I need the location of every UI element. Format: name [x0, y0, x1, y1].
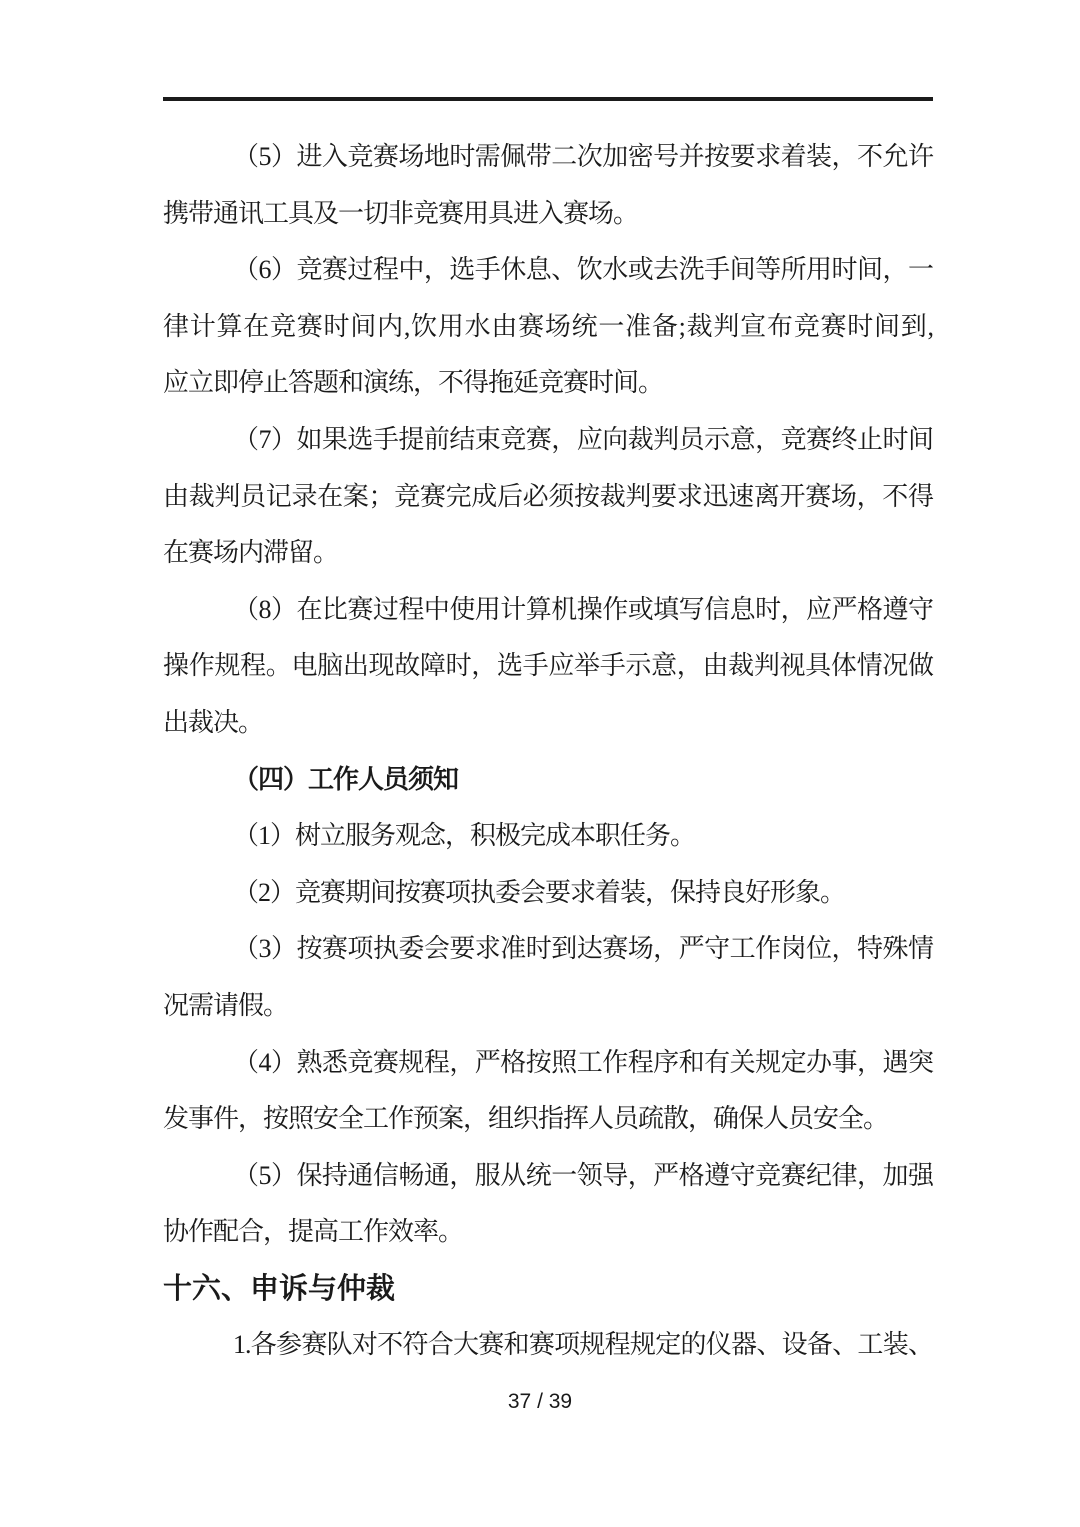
- subsection-heading: （四）工作人员须知: [163, 752, 933, 809]
- section-heading: 十六、申诉与仲裁: [163, 1261, 933, 1318]
- document-body: （5）进入竞赛场地时需佩带二次加密号并按要求着装，不允许携带通讯工具及一切非竞赛…: [163, 129, 933, 1374]
- text-line: （1）树立服务观念，积极完成本职任务。: [163, 808, 933, 865]
- text-line: （2）竞赛期间按赛项执委会要求着装，保持良好形象。: [163, 865, 933, 922]
- text-line: （6）竞赛过程中，选手休息、饮水或去洗手间等所用时间，一: [163, 242, 933, 299]
- text-line: 操作规程。电脑出现故障时，选手应举手示意，由裁判视具体情况做: [163, 638, 933, 695]
- text-line: （5）保持通信畅通，服从统一领导，严格遵守竞赛纪律，加强: [163, 1148, 933, 1205]
- header-rule: [163, 97, 933, 101]
- text-line: （3）按赛项执委会要求准时到达赛场，严守工作岗位，特殊情: [163, 921, 933, 978]
- text-line: 携带通讯工具及一切非竞赛用具进入赛场。: [163, 186, 933, 243]
- text-line: 况需请假。: [163, 978, 933, 1035]
- text-line: 律计算在竞赛时间内,饮用水由赛场统一准备;裁判宣布竞赛时间到,: [163, 299, 933, 356]
- text-line: （7）如果选手提前结束竞赛，应向裁判员示意，竞赛终止时间: [163, 412, 933, 469]
- text-line: 发事件，按照安全工作预案，组织指挥人员疏散，确保人员安全。: [163, 1091, 933, 1148]
- text-line: （4）熟悉竞赛规程，严格按照工作程序和有关规定办事，遇突: [163, 1035, 933, 1092]
- text-line: （5）进入竞赛场地时需佩带二次加密号并按要求着装，不允许: [163, 129, 933, 186]
- text-line: （8）在比赛过程中使用计算机操作或填写信息时，应严格遵守: [163, 582, 933, 639]
- text-line: 协作配合，提高工作效率。: [163, 1204, 933, 1261]
- text-line: 应立即停止答题和演练，不得拖延竞赛时间。: [163, 355, 933, 412]
- text-line: 出裁决。: [163, 695, 933, 752]
- text-line: 由裁判员记录在案；竞赛完成后必须按裁判要求迅速离开赛场，不得: [163, 469, 933, 526]
- text-line: 1.各参赛队对不符合大赛和赛项规程规定的仪器、设备、工装、: [163, 1317, 933, 1374]
- text-line: 在赛场内滞留。: [163, 525, 933, 582]
- document-page: （5）进入竞赛场地时需佩带二次加密号并按要求着装，不允许携带通讯工具及一切非竞赛…: [0, 0, 1080, 1527]
- page-number: 37 / 39: [0, 1390, 1080, 1414]
